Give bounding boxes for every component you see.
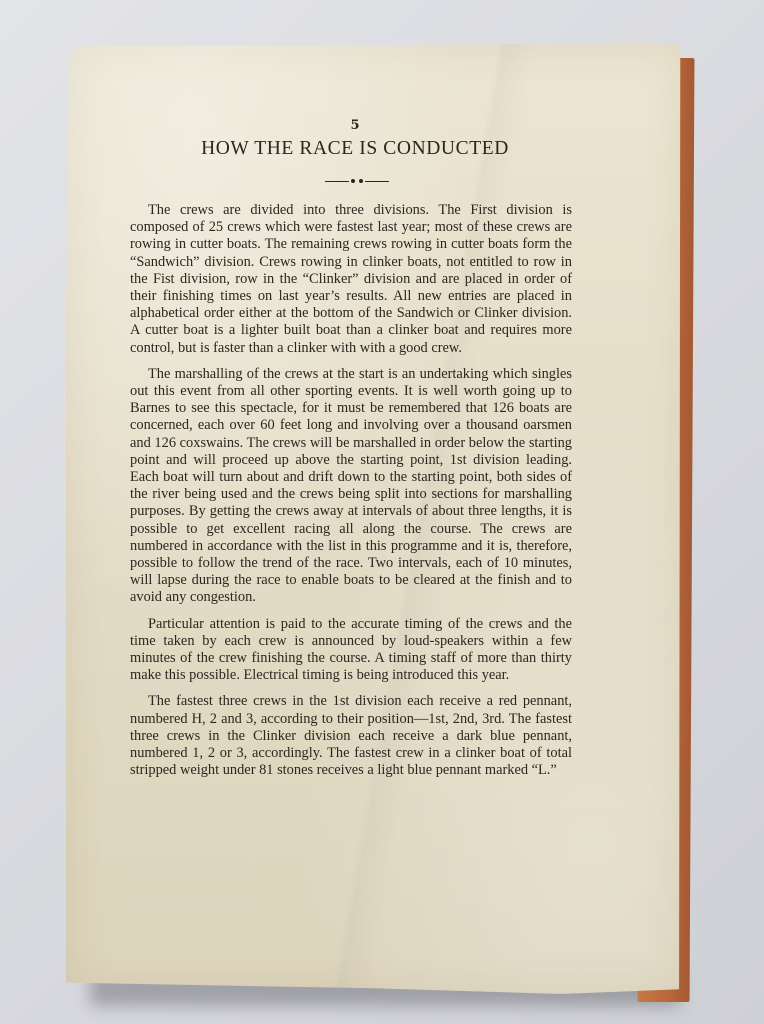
page-content: 5 HOW THE RACE IS CONDUCTED The crews ar… — [130, 118, 572, 780]
ornament-line-right — [365, 181, 389, 182]
ornament-dot — [351, 179, 355, 183]
page-title: HOW THE RACE IS CONDUCTED — [138, 138, 572, 160]
divider-ornament-icon — [142, 178, 572, 184]
paragraph-divisions: The crews are divided into three divisio… — [130, 202, 572, 357]
paragraph-pennants: The fastest three crews in the 1st divis… — [130, 693, 572, 779]
page-number: 5 — [138, 118, 572, 134]
ornament-line-left — [325, 181, 349, 182]
ornament-dot — [359, 179, 363, 183]
paragraph-timing: Particular attention is paid to the accu… — [130, 616, 572, 685]
paragraph-marshalling: The marshalling of the crews at the star… — [130, 366, 572, 607]
